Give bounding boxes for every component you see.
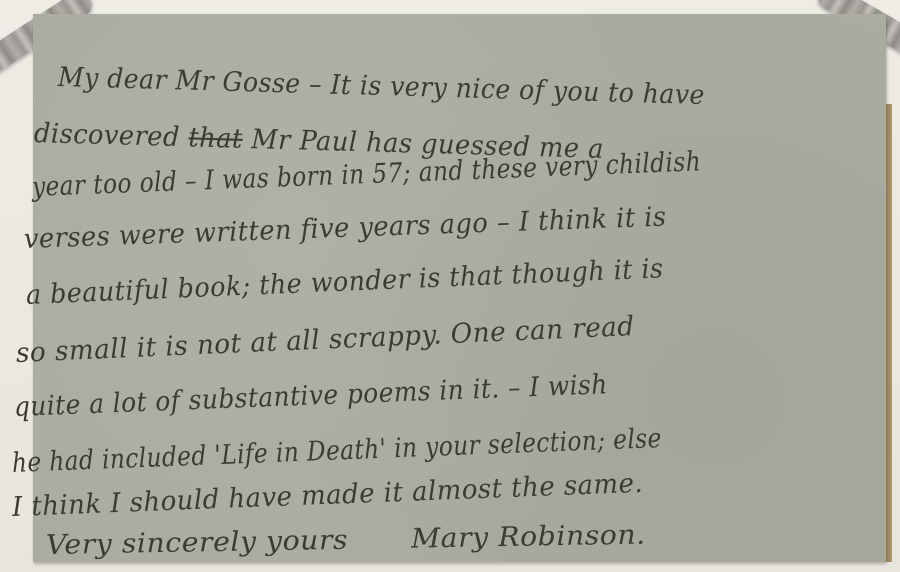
letter-closing-line: Very sincerely yoursMary Robinson. <box>46 520 646 561</box>
signature-gap <box>348 548 411 549</box>
photo-scene: My dear Mr Gosse – It is very nice of yo… <box>0 0 900 572</box>
signature: Mary Robinson. <box>411 520 646 555</box>
letter-line-5: a beautiful book; the wonder is that tho… <box>25 253 664 311</box>
closing-text: Very sincerely yours <box>46 525 349 561</box>
letter-line-4: verses were written five years ago – I t… <box>23 202 667 255</box>
letter-line-6: so small it is not at all scrappy. One c… <box>15 311 635 369</box>
letter-text: My dear Mr Gosse – It is very nice of yo… <box>0 0 900 572</box>
letter-line-9: I think I should have made it almost the… <box>11 468 643 523</box>
struck-word: that <box>188 122 243 155</box>
letter-line-7: quite a lot of substantive poems in it. … <box>13 369 608 423</box>
letter-line-2-pre: discovered <box>34 118 189 153</box>
letter-line-1: My dear Mr Gosse – It is very nice of yo… <box>58 62 706 111</box>
